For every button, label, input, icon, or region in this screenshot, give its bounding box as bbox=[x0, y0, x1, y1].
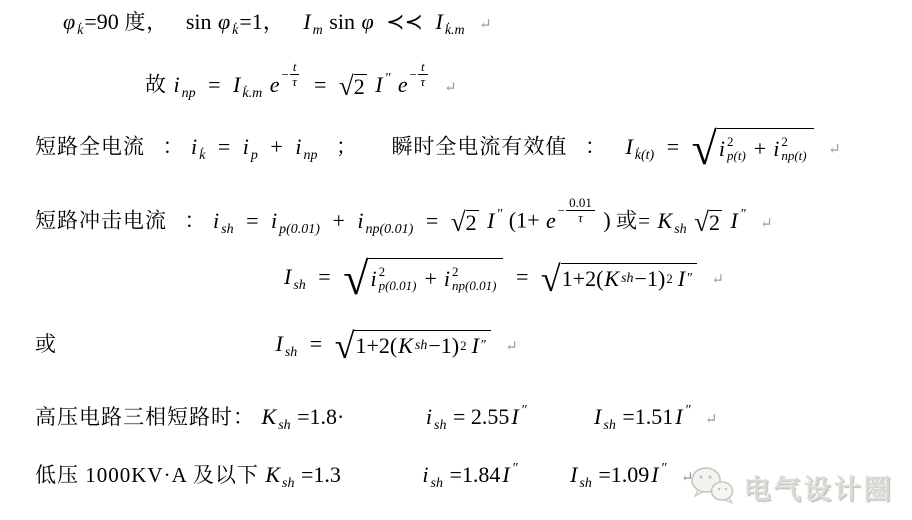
vinculum: i2p(t)+i2np(t) bbox=[717, 128, 814, 169]
plus-sign: + bbox=[425, 265, 437, 294]
math-sup: 2 bbox=[379, 265, 386, 279]
math-var: I bbox=[276, 331, 283, 356]
math-var: i bbox=[213, 208, 219, 233]
square-root: √1+2(Ksh−1)2I″ bbox=[541, 263, 697, 295]
minus-sign: − bbox=[558, 204, 565, 218]
paragraph-mark: ↵ bbox=[828, 142, 841, 158]
formula-line-8: 低压 1000KV·A 及以下 Ksh =1.3 ish =1.84I″ Ish… bbox=[35, 460, 694, 493]
radical-sign: √ bbox=[451, 210, 466, 234]
double-prime: ″ bbox=[686, 403, 692, 418]
square-root: √1+2(Ksh−1)2I″ bbox=[335, 330, 491, 362]
open-paren: (1+ bbox=[509, 208, 540, 233]
fraction: tτ bbox=[418, 60, 428, 90]
sup-sub-stack: 2p(t) bbox=[727, 135, 746, 162]
math-value: =1.09 bbox=[598, 462, 649, 487]
vinculum: i2p(0.01)+i2np(0.01) bbox=[368, 258, 503, 299]
formula-line-7: 高压电路三相短路时： Ksh =1.8· ish = 2.55I″ Ish =1… bbox=[35, 402, 718, 435]
math-var: φ bbox=[63, 9, 75, 34]
math-var: I bbox=[678, 265, 685, 294]
math-sub: p(0.01) bbox=[379, 279, 417, 293]
math-var: i bbox=[422, 462, 428, 487]
plus-sign: + bbox=[332, 208, 344, 233]
exponent: −tτ bbox=[281, 60, 299, 90]
double-prime: ″ bbox=[687, 270, 693, 288]
watermark-text: 电气设计圈 bbox=[744, 468, 894, 507]
math-value: =1， bbox=[239, 9, 284, 34]
close-paren: ) bbox=[603, 208, 610, 233]
math-var: i bbox=[444, 265, 450, 294]
math-var: i bbox=[426, 404, 432, 429]
math-var: i bbox=[243, 134, 249, 159]
equals-sign: = bbox=[208, 72, 220, 97]
semicolon: ； bbox=[336, 135, 358, 159]
math-var: i bbox=[357, 208, 363, 233]
math-sub: p bbox=[251, 148, 258, 163]
square-root: √2 bbox=[339, 74, 367, 98]
math-var: I bbox=[284, 264, 291, 289]
plus-sign: + bbox=[270, 134, 282, 159]
exponent: −tτ bbox=[410, 60, 428, 90]
fraction-numerator: t bbox=[290, 60, 300, 75]
formula-line-6: 或 Ish = √1+2(Ksh−1)2I″ ↵ bbox=[35, 330, 518, 362]
sup-sub-stack: 2np(0.01) bbox=[452, 265, 496, 292]
math-sub: sh bbox=[293, 278, 305, 293]
math-var: e bbox=[546, 208, 556, 233]
square-root: √i2p(t)+i2np(t) bbox=[692, 128, 814, 169]
math-var: K bbox=[604, 265, 619, 294]
math-var: I bbox=[511, 404, 518, 429]
math-text: −1) bbox=[428, 332, 459, 361]
equals-sign: = bbox=[314, 72, 326, 97]
double-prime: ″ bbox=[386, 71, 392, 86]
square-root: √2 bbox=[451, 210, 479, 234]
math-var: I bbox=[675, 404, 682, 429]
double-prime: ″ bbox=[662, 461, 668, 476]
math-sub: sh bbox=[674, 222, 686, 237]
math-var: i bbox=[295, 134, 301, 159]
vinculum: 2 bbox=[709, 210, 722, 234]
math-sub: np(0.01) bbox=[452, 279, 496, 293]
math-var: I bbox=[625, 134, 632, 159]
colon: ： bbox=[185, 209, 207, 233]
fraction-numerator: t bbox=[418, 60, 428, 75]
math-var: φ bbox=[218, 9, 230, 34]
formula-line-3: 短路全电流 ： ik̇ = ip + inp ； 瞬时全电流有效值 ： Ik̇(… bbox=[35, 128, 841, 169]
math-sub: p(0.01) bbox=[279, 222, 320, 237]
fraction: tτ bbox=[290, 60, 300, 90]
math-var: I bbox=[651, 462, 658, 487]
radical-sign: √ bbox=[694, 210, 709, 234]
equals-sign: = bbox=[516, 264, 528, 289]
radical-sign: √ bbox=[343, 258, 368, 299]
equals-sign: = bbox=[318, 264, 330, 289]
math-value: =1.51 bbox=[622, 404, 673, 429]
math-var: I bbox=[436, 9, 443, 34]
math-sub: p(t) bbox=[727, 149, 746, 163]
math-var: I bbox=[502, 462, 509, 487]
math-sub: sh bbox=[431, 476, 443, 491]
vinculum: 1+2(Ksh−1)2I″ bbox=[561, 263, 697, 295]
math-var: I bbox=[233, 72, 240, 97]
watermark: 电气设计圈 bbox=[688, 465, 894, 510]
math-var: I bbox=[303, 9, 310, 34]
cjk-label: 或 bbox=[35, 332, 57, 356]
math-sub: sh bbox=[282, 476, 294, 491]
math-var: I bbox=[487, 208, 494, 233]
math-var: i bbox=[370, 265, 376, 294]
vinculum: 2 bbox=[466, 210, 479, 234]
plus-sign: + bbox=[754, 135, 766, 164]
radical-sign: √ bbox=[339, 74, 354, 98]
math-value: =1.8· bbox=[297, 404, 344, 429]
math-sub: m bbox=[313, 23, 323, 38]
cjk-label: 高压电路三相短路时： bbox=[35, 405, 255, 429]
math-var: e bbox=[270, 72, 280, 97]
math-func: sin bbox=[186, 9, 212, 34]
math-var: e bbox=[398, 72, 408, 97]
cjk-label: 低压 1000KV·A 及以下 bbox=[35, 463, 259, 487]
paragraph-mark: ↵ bbox=[760, 216, 773, 232]
sup-sub-stack: 2p(0.01) bbox=[379, 265, 417, 292]
formula-line-5: Ish = √i2p(0.01)+i2np(0.01) = √1+2(Ksh−1… bbox=[283, 258, 724, 299]
square-root: √2 bbox=[694, 210, 722, 234]
cjk-label: 短路全电流 bbox=[35, 135, 145, 159]
fraction-denominator: τ bbox=[578, 211, 583, 225]
math-text: 1+2( bbox=[562, 265, 604, 294]
sup-sub-stack: 2np(t) bbox=[781, 135, 806, 162]
math-var: I bbox=[375, 72, 382, 97]
math-sub: np(t) bbox=[781, 149, 806, 163]
cjk-label: 度， bbox=[124, 10, 168, 34]
equals-sign: = bbox=[218, 134, 230, 159]
cjk-label: 故 bbox=[145, 73, 167, 97]
minus-sign: − bbox=[281, 68, 288, 82]
colon: ： bbox=[585, 135, 607, 159]
cjk-label: 瞬时全电流有效值 bbox=[391, 135, 567, 159]
math-var: I bbox=[472, 332, 479, 361]
math-sub: sh bbox=[621, 270, 633, 288]
math-var: I bbox=[570, 462, 577, 487]
math-var: φ bbox=[361, 9, 373, 34]
equals-sign: = bbox=[246, 208, 258, 233]
math-sup: 2 bbox=[781, 135, 788, 149]
paragraph-mark: ↵ bbox=[444, 80, 457, 96]
math-var: i bbox=[719, 135, 725, 164]
document-page: φk̇=90 度， sin φk̇=1， Im sin φ ≺≺ Ik̇.m ↵… bbox=[0, 0, 912, 520]
math-value: =90 bbox=[84, 9, 118, 34]
equals-sign: = bbox=[667, 134, 679, 159]
cjk-label: 短路冲击电流 bbox=[35, 209, 167, 233]
math-sup: 2 bbox=[460, 338, 467, 355]
math-value: =1.84 bbox=[449, 462, 500, 487]
radical-sign: √ bbox=[692, 128, 717, 169]
math-var: i bbox=[773, 135, 779, 164]
formula-line-4: 短路冲击电流 ： ish = ip(0.01) + inp(0.01) = √2… bbox=[35, 196, 773, 239]
math-var: i bbox=[191, 134, 197, 159]
math-sub: sh bbox=[278, 418, 290, 433]
square-root: √i2p(0.01)+i2np(0.01) bbox=[343, 258, 503, 299]
formula-line-1: φk̇=90 度， sin φk̇=1， Im sin φ ≺≺ Ik̇.m ↵ bbox=[62, 8, 492, 40]
math-sub: sh bbox=[579, 476, 591, 491]
math-sub: k̇ bbox=[77, 23, 83, 38]
math-var: K bbox=[398, 332, 413, 361]
math-sub: np bbox=[303, 148, 317, 163]
equals-sign: = bbox=[426, 208, 438, 233]
or-equals: 或= bbox=[616, 209, 651, 233]
math-value: =1.3 bbox=[301, 462, 341, 487]
math-sub: k̇.m bbox=[445, 23, 465, 38]
math-sup: 2 bbox=[666, 271, 673, 288]
double-prime: ″ bbox=[741, 207, 747, 222]
math-sub: sh bbox=[221, 222, 233, 237]
math-var: I bbox=[594, 404, 601, 429]
math-var: K bbox=[262, 404, 277, 429]
math-func: sin bbox=[329, 9, 355, 34]
double-prime: ″ bbox=[481, 337, 487, 355]
math-var: i bbox=[271, 208, 277, 233]
math-sub: sh bbox=[434, 418, 446, 433]
paragraph-mark: ↵ bbox=[711, 272, 724, 288]
much-less-symbol: ≺≺ bbox=[386, 9, 423, 34]
fraction: 0.01τ bbox=[566, 196, 595, 226]
fraction-numerator: 0.01 bbox=[566, 196, 595, 211]
colon: ： bbox=[163, 135, 185, 159]
wechat-icon bbox=[688, 465, 736, 510]
paragraph-mark: ↵ bbox=[705, 412, 718, 428]
math-sub: k̇ bbox=[232, 23, 238, 38]
double-prime: ″ bbox=[522, 403, 528, 418]
math-sub: np bbox=[182, 86, 196, 101]
formula-line-2: 故 inp = Ik̇.m e−tτ = √2 I″ e−tτ ↵ bbox=[145, 60, 457, 103]
math-sub: sh bbox=[603, 418, 615, 433]
math-sup: 2 bbox=[452, 265, 459, 279]
math-text: 1+2( bbox=[355, 332, 397, 361]
paragraph-mark: ↵ bbox=[479, 17, 492, 33]
math-sub: k̇(t) bbox=[635, 148, 654, 163]
double-prime: ″ bbox=[497, 207, 503, 222]
math-text: −1) bbox=[635, 265, 666, 294]
math-value: = 2.55 bbox=[453, 404, 509, 429]
math-var: i bbox=[174, 72, 180, 97]
math-sub: sh bbox=[285, 345, 297, 360]
math-sub: k̇ bbox=[199, 148, 205, 163]
vinculum: 1+2(Ksh−1)2I″ bbox=[354, 330, 490, 362]
exponent: −0.01τ bbox=[558, 196, 595, 226]
fraction-denominator: τ bbox=[292, 75, 297, 89]
double-prime: ″ bbox=[513, 461, 519, 476]
math-var: I bbox=[730, 208, 737, 233]
paragraph-mark: ↵ bbox=[505, 339, 518, 355]
radical-sign: √ bbox=[335, 330, 355, 362]
math-var: K bbox=[265, 462, 280, 487]
math-sub: np(0.01) bbox=[366, 222, 414, 237]
math-var: K bbox=[658, 208, 673, 233]
radical-sign: √ bbox=[541, 263, 561, 295]
equals-sign: = bbox=[310, 331, 322, 356]
vinculum: 2 bbox=[354, 74, 367, 98]
math-sub: k̇.m bbox=[242, 86, 262, 101]
math-sup: 2 bbox=[727, 135, 734, 149]
math-sub: sh bbox=[415, 337, 427, 355]
minus-sign: − bbox=[410, 68, 417, 82]
fraction-denominator: τ bbox=[420, 75, 425, 89]
